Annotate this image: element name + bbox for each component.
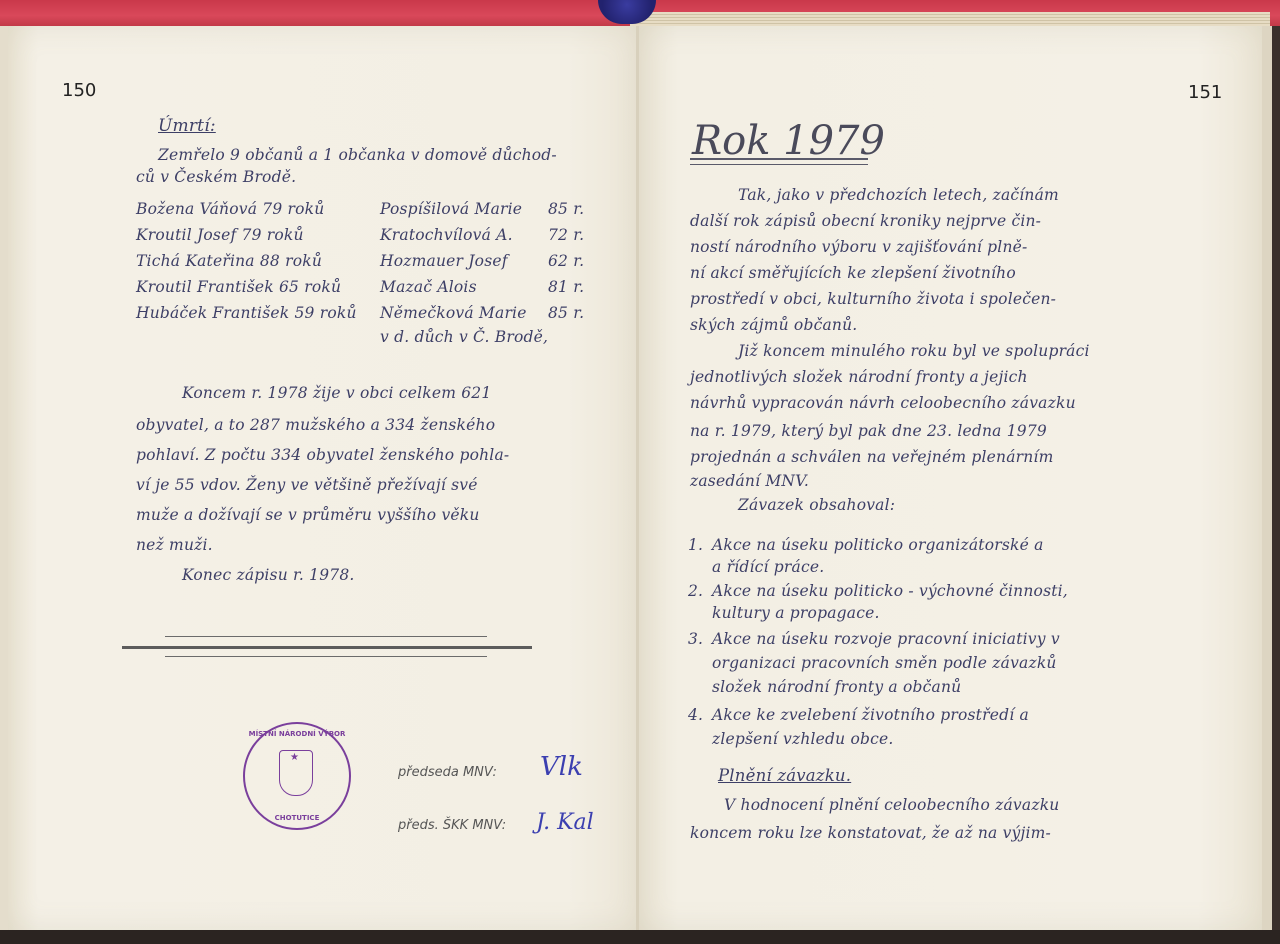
list-item-line: složek národní fronty a občanů bbox=[712, 678, 961, 696]
paragraph-line: návrhů vypracován návrh celoobecního záv… bbox=[690, 394, 1076, 412]
death-entry-right: Mazač Alois bbox=[380, 278, 477, 296]
book-cover-bottom bbox=[0, 930, 1280, 944]
death-entry-note: v d. důch v Č. Brodě, bbox=[380, 328, 548, 346]
death-entry-age: 81 r. bbox=[548, 278, 584, 296]
death-entry-right: Němečková Marie bbox=[380, 304, 527, 322]
stamp-top-text: MÍSTNÍ NÁRODNÍ VÝBOR bbox=[245, 730, 349, 738]
end-of-record-note: Konec zápisu r. 1978. bbox=[182, 566, 355, 584]
death-entry-age: 85 r. bbox=[548, 200, 584, 218]
death-entry-age: 62 r. bbox=[548, 252, 584, 270]
paragraph-line: pohlaví. Z počtu 334 obyvatel ženského p… bbox=[136, 446, 509, 464]
list-item-number: 3. bbox=[688, 630, 703, 648]
death-entry-age: 72 r. bbox=[548, 226, 584, 244]
death-entry-left: Kroutil František 65 roků bbox=[136, 278, 341, 296]
death-entry-age: 85 r. bbox=[548, 304, 584, 322]
deaths-intro-line: Zemřelo 9 občanů a 1 občanka v domově dů… bbox=[158, 146, 557, 164]
paragraph-line: ností národního výboru v zajišťování pln… bbox=[690, 238, 1027, 256]
paragraph-line: koncem roku lze konstatovat, že až na vý… bbox=[690, 824, 1051, 842]
stamp-bottom-text: CHOTUTICE bbox=[245, 814, 349, 822]
death-entry-right: Kratochvílová A. bbox=[380, 226, 513, 244]
star-icon: ★ bbox=[290, 752, 299, 763]
divider-line bbox=[165, 656, 487, 657]
paragraph-line: Koncem r. 1978 žije v obci celkem 621 bbox=[182, 384, 491, 402]
page-number-left: 150 bbox=[62, 80, 96, 101]
paragraph-line: projednán a schválen na veřejném plenárn… bbox=[690, 448, 1054, 466]
list-item-line: zlepšení vzhledu obce. bbox=[712, 730, 894, 748]
paragraph-line: ní akcí směřujících ke zlepšení životníh… bbox=[690, 264, 1016, 282]
paragraph-line: ských zájmů občanů. bbox=[690, 316, 857, 334]
paragraph-line: ví je 55 vdov. Ženy ve většině přežívají… bbox=[136, 476, 478, 494]
chairman-label: předseda MNV: bbox=[398, 765, 497, 780]
list-item-number: 1. bbox=[688, 536, 703, 554]
death-entry-left: Božena Váňová 79 roků bbox=[136, 200, 324, 218]
list-item-line: Akce na úseku rozvoje pracovní iniciativ… bbox=[712, 630, 1060, 648]
title-underline bbox=[690, 164, 868, 165]
skk-chairman-signature: J. Kal bbox=[536, 810, 594, 835]
paragraph-line: jednotlivých složek národní fronty a jej… bbox=[690, 368, 1028, 386]
list-item-line: Akce ke zvelebení životního prostředí a bbox=[712, 706, 1029, 724]
skk-chairman-label: předs. ŠKK MNV: bbox=[398, 818, 506, 833]
paragraph-line: Již koncem minulého roku byl ve spoluprá… bbox=[738, 342, 1090, 360]
list-item-line: a řídící práce. bbox=[712, 558, 824, 576]
death-entry-right: Hozmauer Josef bbox=[380, 252, 508, 270]
paragraph-line: Tak, jako v předchozích letech, začínám bbox=[738, 186, 1059, 204]
paragraph-line: další rok zápisů obecní kroniky nejprve … bbox=[690, 212, 1041, 230]
death-entry-right: Pospíšilová Marie bbox=[380, 200, 522, 218]
list-item-line: Akce na úseku politicko organizátorské a bbox=[712, 536, 1044, 554]
paragraph-line: na r. 1979, který byl pak dne 23. ledna … bbox=[690, 422, 1047, 440]
divider-line bbox=[165, 636, 487, 637]
list-item-number: 4. bbox=[688, 706, 703, 724]
list-item-line: kultury a propagace. bbox=[712, 604, 880, 622]
official-stamp: MÍSTNÍ NÁRODNÍ VÝBOR ★ CHOTUTICE bbox=[243, 722, 351, 830]
title-underline bbox=[690, 158, 868, 160]
list-item-line: Akce na úseku politicko - výchovné činno… bbox=[712, 582, 1068, 600]
paragraph-line: zasedání MNV. bbox=[690, 472, 809, 490]
deaths-intro-line: ců v Českém Brodě. bbox=[136, 168, 296, 186]
fulfilment-heading: Plnění závazku. bbox=[718, 766, 851, 785]
chairman-signature: Vlk bbox=[540, 752, 583, 782]
commitment-heading: Závazek obsahoval: bbox=[738, 496, 895, 514]
paragraph-line: obyvatel, a to 287 mužského a 334 ženské… bbox=[136, 416, 495, 434]
deaths-heading: Úmrtí: bbox=[158, 116, 216, 136]
paragraph-line: prostředí v obci, kulturního života i sp… bbox=[690, 290, 1056, 308]
page-number-right: 151 bbox=[1188, 82, 1222, 103]
book-gutter bbox=[636, 26, 639, 930]
death-entry-left: Hubáček František 59 roků bbox=[136, 304, 357, 322]
paragraph-line: V hodnocení plnění celoobecního závazku bbox=[724, 796, 1059, 814]
divider-line-thick bbox=[122, 646, 532, 649]
paragraph-line: než muži. bbox=[136, 536, 213, 554]
death-entry-left: Kroutil Josef 79 roků bbox=[136, 226, 304, 244]
paragraph-line: muže a dožívají se v průměru vyššího věk… bbox=[136, 506, 480, 524]
death-entry-left: Tichá Kateřina 88 roků bbox=[136, 252, 322, 270]
list-item-number: 2. bbox=[688, 582, 703, 600]
list-item-line: organizaci pracovních směn podle závazků bbox=[712, 654, 1057, 672]
